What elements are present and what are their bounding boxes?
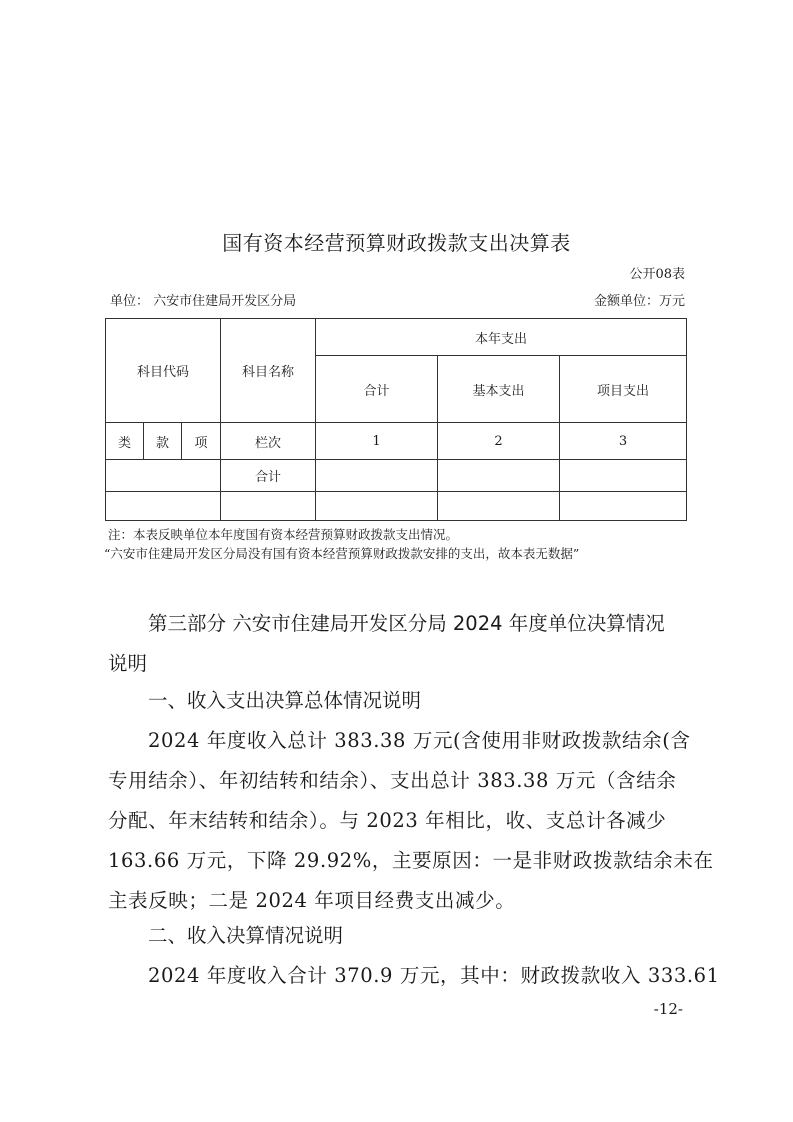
table-row: 合计: [106, 460, 687, 492]
paragraph-line: 2024 年度收入总计 383.38 万元(含使用非财政拨款结余(含: [148, 725, 691, 753]
subheader-category: 类: [106, 423, 144, 460]
row-total: [316, 492, 438, 521]
header-current-year-expense: 本年支出: [316, 319, 687, 356]
paragraph-line: 分配、年末结转和结余）。与 2023 年相比，收、支总计各减少: [108, 805, 666, 833]
column-number-2: 2: [438, 423, 560, 460]
paragraph-line: 主表反映；二是 2024 年项目经费支出减少。: [108, 885, 515, 913]
section-title: 第三部分 六安市住建局开发区分局 2024 年度单位决算情况: [148, 608, 665, 636]
heading-income-expense-overview: 一、收入支出决算总体情况说明: [148, 685, 421, 713]
no-data-note: “六安市住建局开发区分局没有国有资本经营预算财政拨款安排的支出，故本表无数据”: [104, 544, 579, 562]
table-row: [106, 492, 687, 521]
paragraph-line: 专用结余）、年初结转和结余）、支出总计 383.38 万元（含结余: [108, 765, 676, 793]
page-number: -12-: [654, 1000, 683, 1018]
column-number-label: 栏次: [221, 423, 316, 460]
row-name: [221, 492, 316, 521]
form-number: 公开08表: [629, 263, 685, 282]
row-name: 合计: [221, 460, 316, 492]
row-code: [106, 460, 221, 492]
column-number-1: 1: [316, 423, 438, 460]
paragraph-line: 2024 年度收入合计 370.9 万元，其中：财政拨款收入 333.61: [148, 960, 720, 988]
heading-income-details: 二、收入决算情况说明: [148, 920, 343, 948]
subheader-section: 款: [144, 423, 182, 460]
expense-table: 科目代码 科目名称 本年支出 合计 基本支出 项目支出 类 款 项 栏次 1 2…: [105, 318, 687, 521]
header-subject-code: 科目代码: [106, 319, 221, 423]
subheader-item: 项: [182, 423, 221, 460]
column-number-3: 3: [560, 423, 687, 460]
row-code: [106, 492, 221, 521]
header-subject-name: 科目名称: [221, 319, 316, 423]
header-basic-expense: 基本支出: [438, 356, 560, 423]
table-note: 注：本表反映单位本年度国有资本经营预算财政拨款支出情况。: [108, 525, 458, 543]
amount-unit: 金额单位：万元: [594, 290, 685, 309]
header-project-expense: 项目支出: [560, 356, 687, 423]
row-basic: [438, 460, 560, 492]
table-title: 国有资本经营预算财政拨款支出决算表: [0, 227, 793, 256]
row-project: [560, 492, 687, 521]
section-title-continued: 说明: [108, 648, 147, 676]
row-project: [560, 460, 687, 492]
unit-label: 单位： 六安市住建局开发区分局: [110, 290, 296, 309]
paragraph-line: 163.66 万元，下降 29.92%，主要原因：一是非财政拨款结余未在: [108, 845, 714, 873]
row-basic: [438, 492, 560, 521]
row-total: [316, 460, 438, 492]
header-total: 合计: [316, 356, 438, 423]
